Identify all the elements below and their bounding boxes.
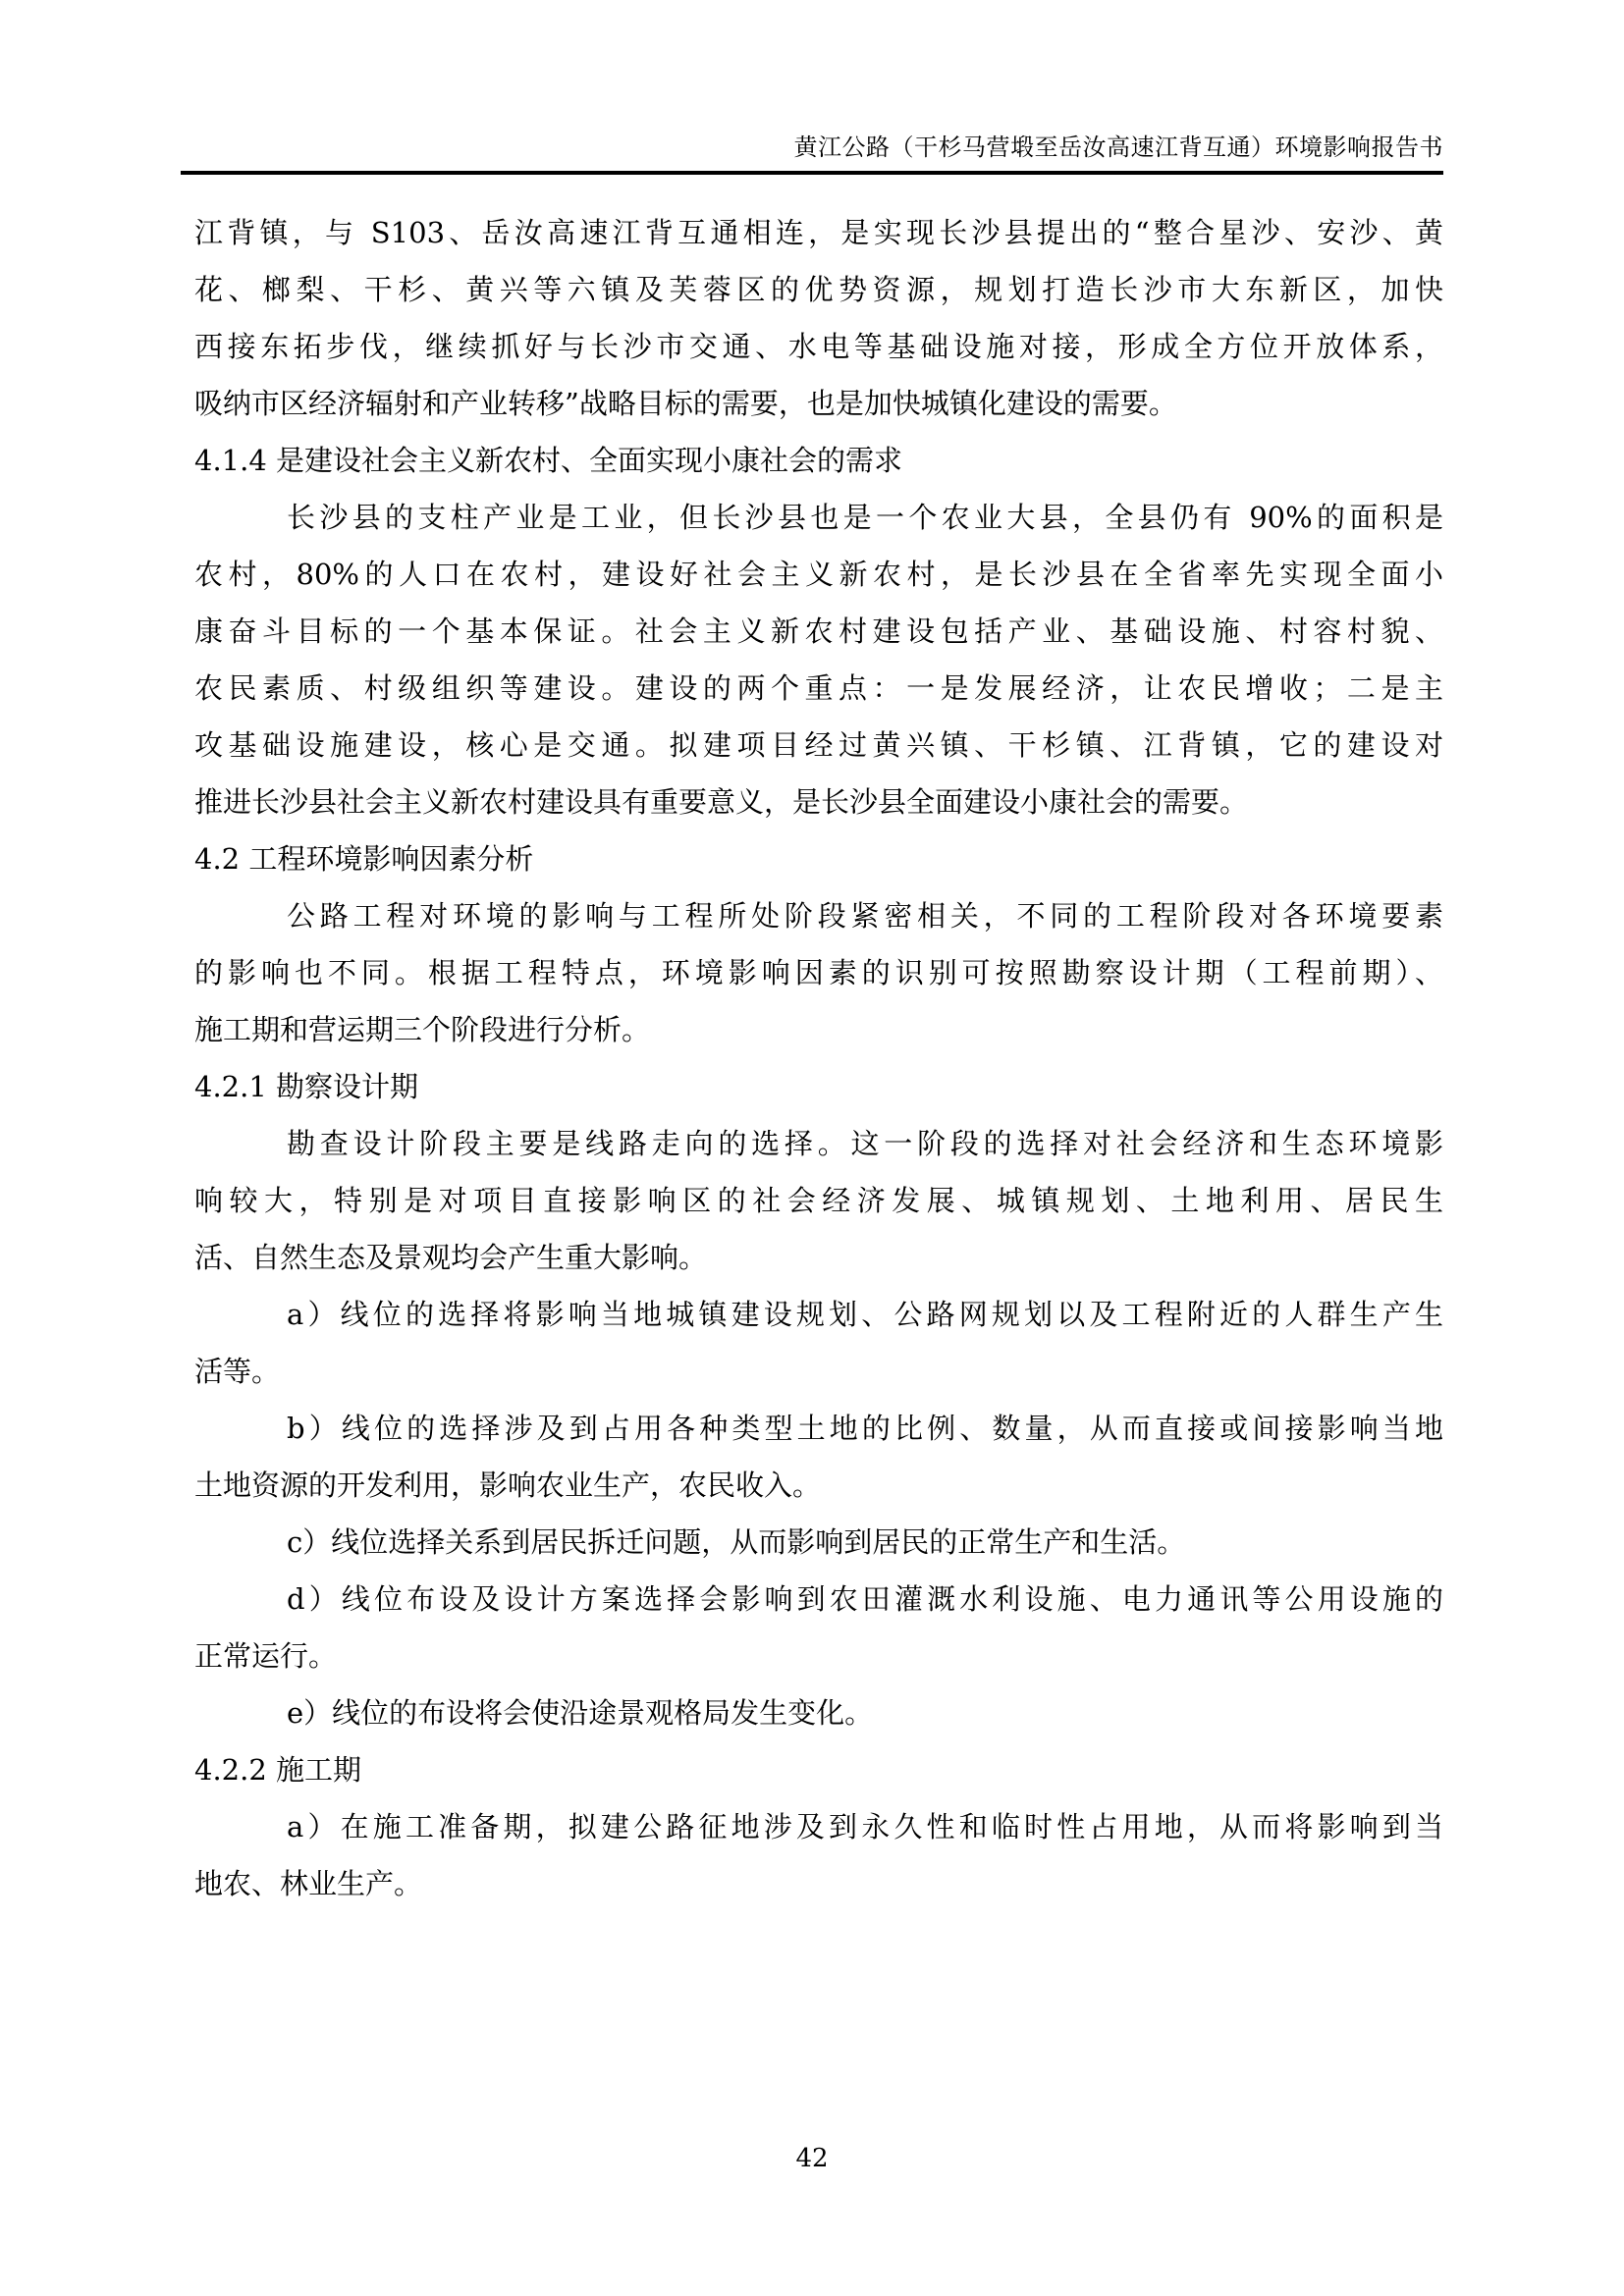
- list-item-b: b）线位的选择涉及到占用各种类型土地的比例、数量，从而直接或间接影响当地 土地资…: [194, 1400, 1443, 1514]
- text-line: d）线位布设及设计方案选择会影响到农田灌溉水利设施、电力通讯等公用设施的: [194, 1571, 1443, 1628]
- page-header-title: 黄江公路（干杉马营塅至岳汝高速江背互通）环境影响报告书: [794, 128, 1444, 162]
- list-item-a: a）在施工准备期，拟建公路征地涉及到永久性和临时性占用地，从而将影响到当 地农、…: [194, 1798, 1443, 1912]
- page-number: 42: [0, 2144, 1624, 2173]
- intro-paragraph: 江背镇，与 S103、岳汝高速江背互通相连，是实现长沙县提出的“整合星沙、安沙、…: [194, 204, 1443, 432]
- text-line: 攻基础设施建设，核心是交通。拟建项目经过黄兴镇、干杉镇、江背镇，它的建设对: [194, 717, 1443, 774]
- text-line: 地农、林业生产。: [194, 1855, 1443, 1912]
- section-heading-4-1-4: 4.1.4 是建设社会主义新农村、全面实现小康社会的需求: [194, 432, 1443, 489]
- text-line: 农村，80%的人口在农村，建设好社会主义新农村，是长沙县在全省率先实现全面小: [194, 546, 1443, 603]
- text-line: 的影响也不同。根据工程特点，环境影响因素的识别可按照勘察设计期（工程前期）、: [194, 944, 1443, 1001]
- list-item-d: d）线位布设及设计方案选择会影响到农田灌溉水利设施、电力通讯等公用设施的 正常运…: [194, 1571, 1443, 1684]
- text-line: 响较大，特别是对项目直接影响区的社会经济发展、城镇规划、土地利用、居民生: [194, 1172, 1443, 1229]
- section-heading-4-2-2: 4.2.2 施工期: [194, 1741, 1443, 1798]
- text-line: 施工期和营运期三个阶段进行分析。: [194, 1001, 1443, 1058]
- text-line: 正常运行。: [194, 1628, 1443, 1684]
- text-line: e）线位的布设将会使沿途景观格局发生变化。: [194, 1684, 1443, 1741]
- text-line: 推进长沙县社会主义新农村建设具有重要意义，是长沙县全面建设小康社会的需要。: [194, 774, 1443, 830]
- list-item-a: a）线位的选择将影响当地城镇建设规划、公路网规划以及工程附近的人群生产生 活等。: [194, 1286, 1443, 1400]
- section-heading-4-2: 4.2 工程环境影响因素分析: [194, 830, 1443, 887]
- paragraph-4-2-1: 勘查设计阶段主要是线路走向的选择。这一阶段的选择对社会经济和生态环境影 响较大，…: [194, 1115, 1443, 1286]
- text-line: 公路工程对环境的影响与工程所处阶段紧密相关，不同的工程阶段对各环境要素: [194, 887, 1443, 944]
- text-line: 康奋斗目标的一个基本保证。社会主义新农村建设包括产业、基础设施、村容村貌、: [194, 603, 1443, 660]
- section-heading-4-2-1: 4.2.1 勘察设计期: [194, 1058, 1443, 1115]
- paragraph-4-2: 公路工程对环境的影响与工程所处阶段紧密相关，不同的工程阶段对各环境要素 的影响也…: [194, 887, 1443, 1058]
- paragraph-4-1-4: 长沙县的支柱产业是工业，但长沙县也是一个农业大县，全县仍有 90%的面积是 农村…: [194, 489, 1443, 830]
- header-rule: [181, 171, 1443, 175]
- text-line: 农民素质、村级组织等建设。建设的两个重点：一是发展经济，让农民增收；二是主: [194, 660, 1443, 717]
- text-line: 活等。: [194, 1343, 1443, 1400]
- text-line: 江背镇，与 S103、岳汝高速江背互通相连，是实现长沙县提出的“整合星沙、安沙、…: [194, 204, 1443, 261]
- text-line: c）线位选择关系到居民拆迁问题，从而影响到居民的正常生产和生活。: [194, 1514, 1443, 1571]
- text-line: 勘查设计阶段主要是线路走向的选择。这一阶段的选择对社会经济和生态环境影: [194, 1115, 1443, 1172]
- text-line: 活、自然生态及景观均会产生重大影响。: [194, 1229, 1443, 1286]
- text-line: 花、榔梨、干杉、黄兴等六镇及芙蓉区的优势资源，规划打造长沙市大东新区，加快: [194, 261, 1443, 318]
- text-line: a）在施工准备期，拟建公路征地涉及到永久性和临时性占用地，从而将影响到当: [194, 1798, 1443, 1855]
- text-line: 西接东拓步伐，继续抓好与长沙市交通、水电等基础设施对接，形成全方位开放体系，: [194, 318, 1443, 375]
- list-item-c: c）线位选择关系到居民拆迁问题，从而影响到居民的正常生产和生活。: [194, 1514, 1443, 1571]
- text-line: 土地资源的开发利用，影响农业生产，农民收入。: [194, 1457, 1443, 1514]
- text-line: b）线位的选择涉及到占用各种类型土地的比例、数量，从而直接或间接影响当地: [194, 1400, 1443, 1457]
- text-line: 吸纳市区经济辐射和产业转移”战略目标的需要，也是加快城镇化建设的需要。: [194, 375, 1443, 432]
- list-item-e: e）线位的布设将会使沿途景观格局发生变化。: [194, 1684, 1443, 1741]
- text-line: 长沙县的支柱产业是工业，但长沙县也是一个农业大县，全县仍有 90%的面积是: [194, 489, 1443, 546]
- document-body: 江背镇，与 S103、岳汝高速江背互通相连，是实现长沙县提出的“整合星沙、安沙、…: [194, 204, 1443, 1912]
- text-line: a）线位的选择将影响当地城镇建设规划、公路网规划以及工程附近的人群生产生: [194, 1286, 1443, 1343]
